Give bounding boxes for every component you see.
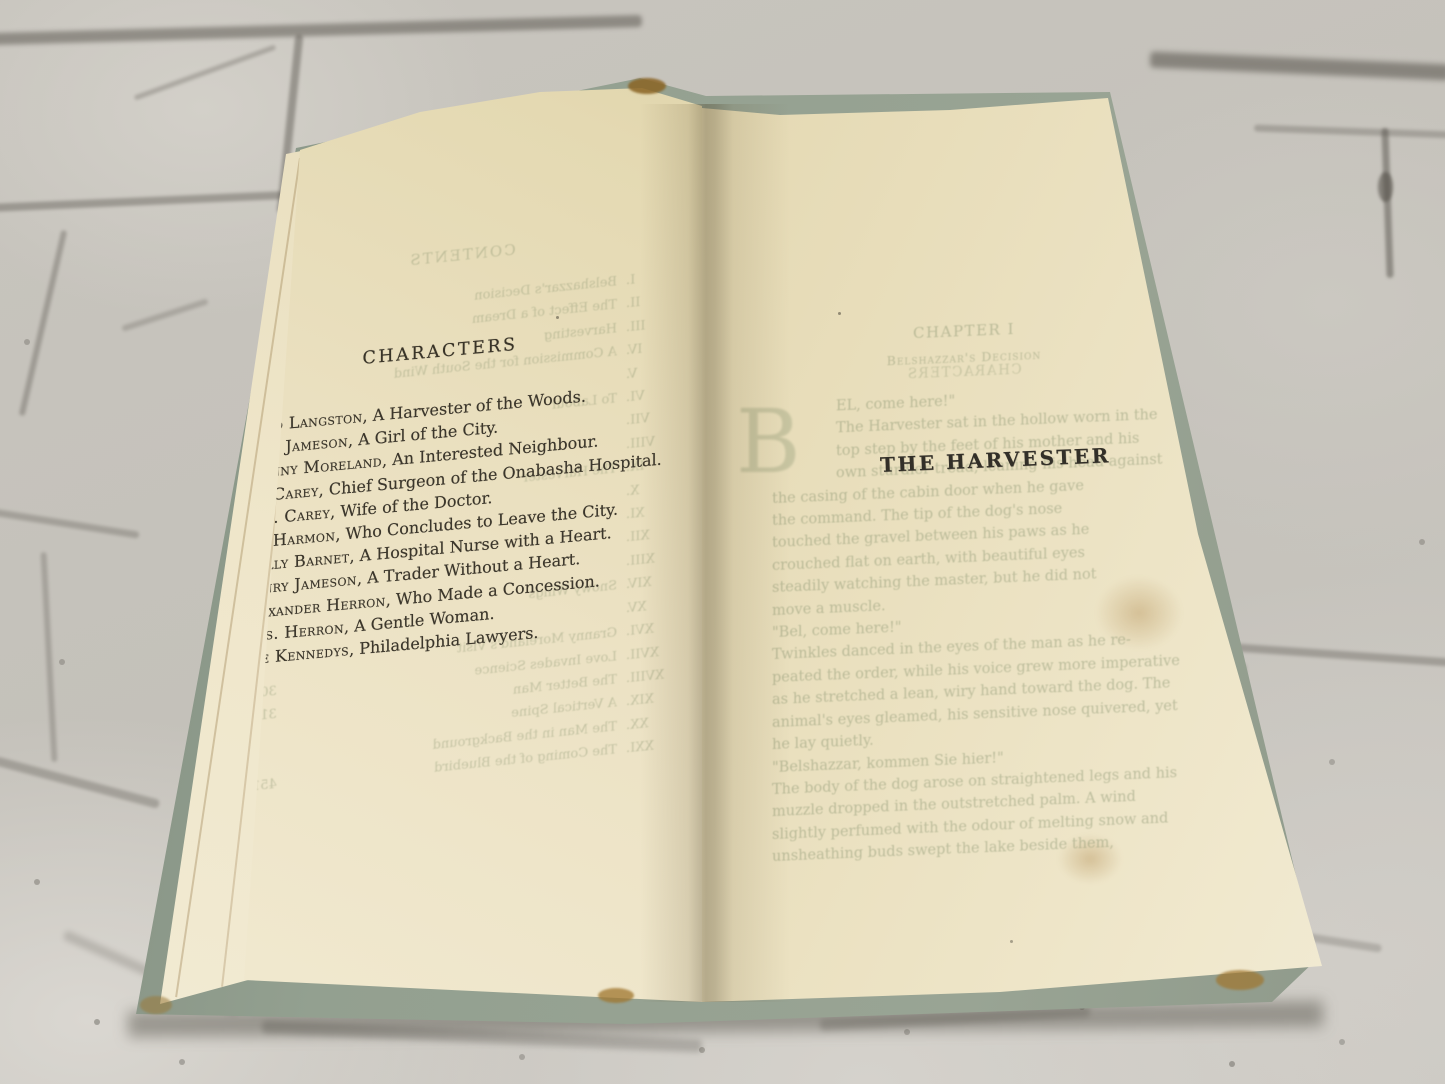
- page-specks: [0, 0, 3, 3]
- cover-worn-spot: [140, 996, 172, 1014]
- chapter-ghost-heading: CHAPTER I: [772, 314, 1156, 348]
- headband-tuft: [628, 78, 666, 94]
- characters-block: CHARACTERS David Langston, A Harvester o…: [240, 324, 640, 672]
- characters-list: David Langston, A Harvester of the Woods…: [240, 380, 640, 672]
- open-book: CONTENTS I.Belshazzar's DecisionII.The E…: [0, 0, 1445, 1084]
- book-photo-scene: CONTENTS I.Belshazzar's DecisionII.The E…: [0, 0, 1445, 1084]
- chapter-show-through: CHAPTER I CHARACTERS Belshazzar's Decisi…: [772, 314, 1156, 869]
- cover-worn-spot: [598, 988, 634, 1003]
- cover-worn-spot: [1216, 970, 1264, 990]
